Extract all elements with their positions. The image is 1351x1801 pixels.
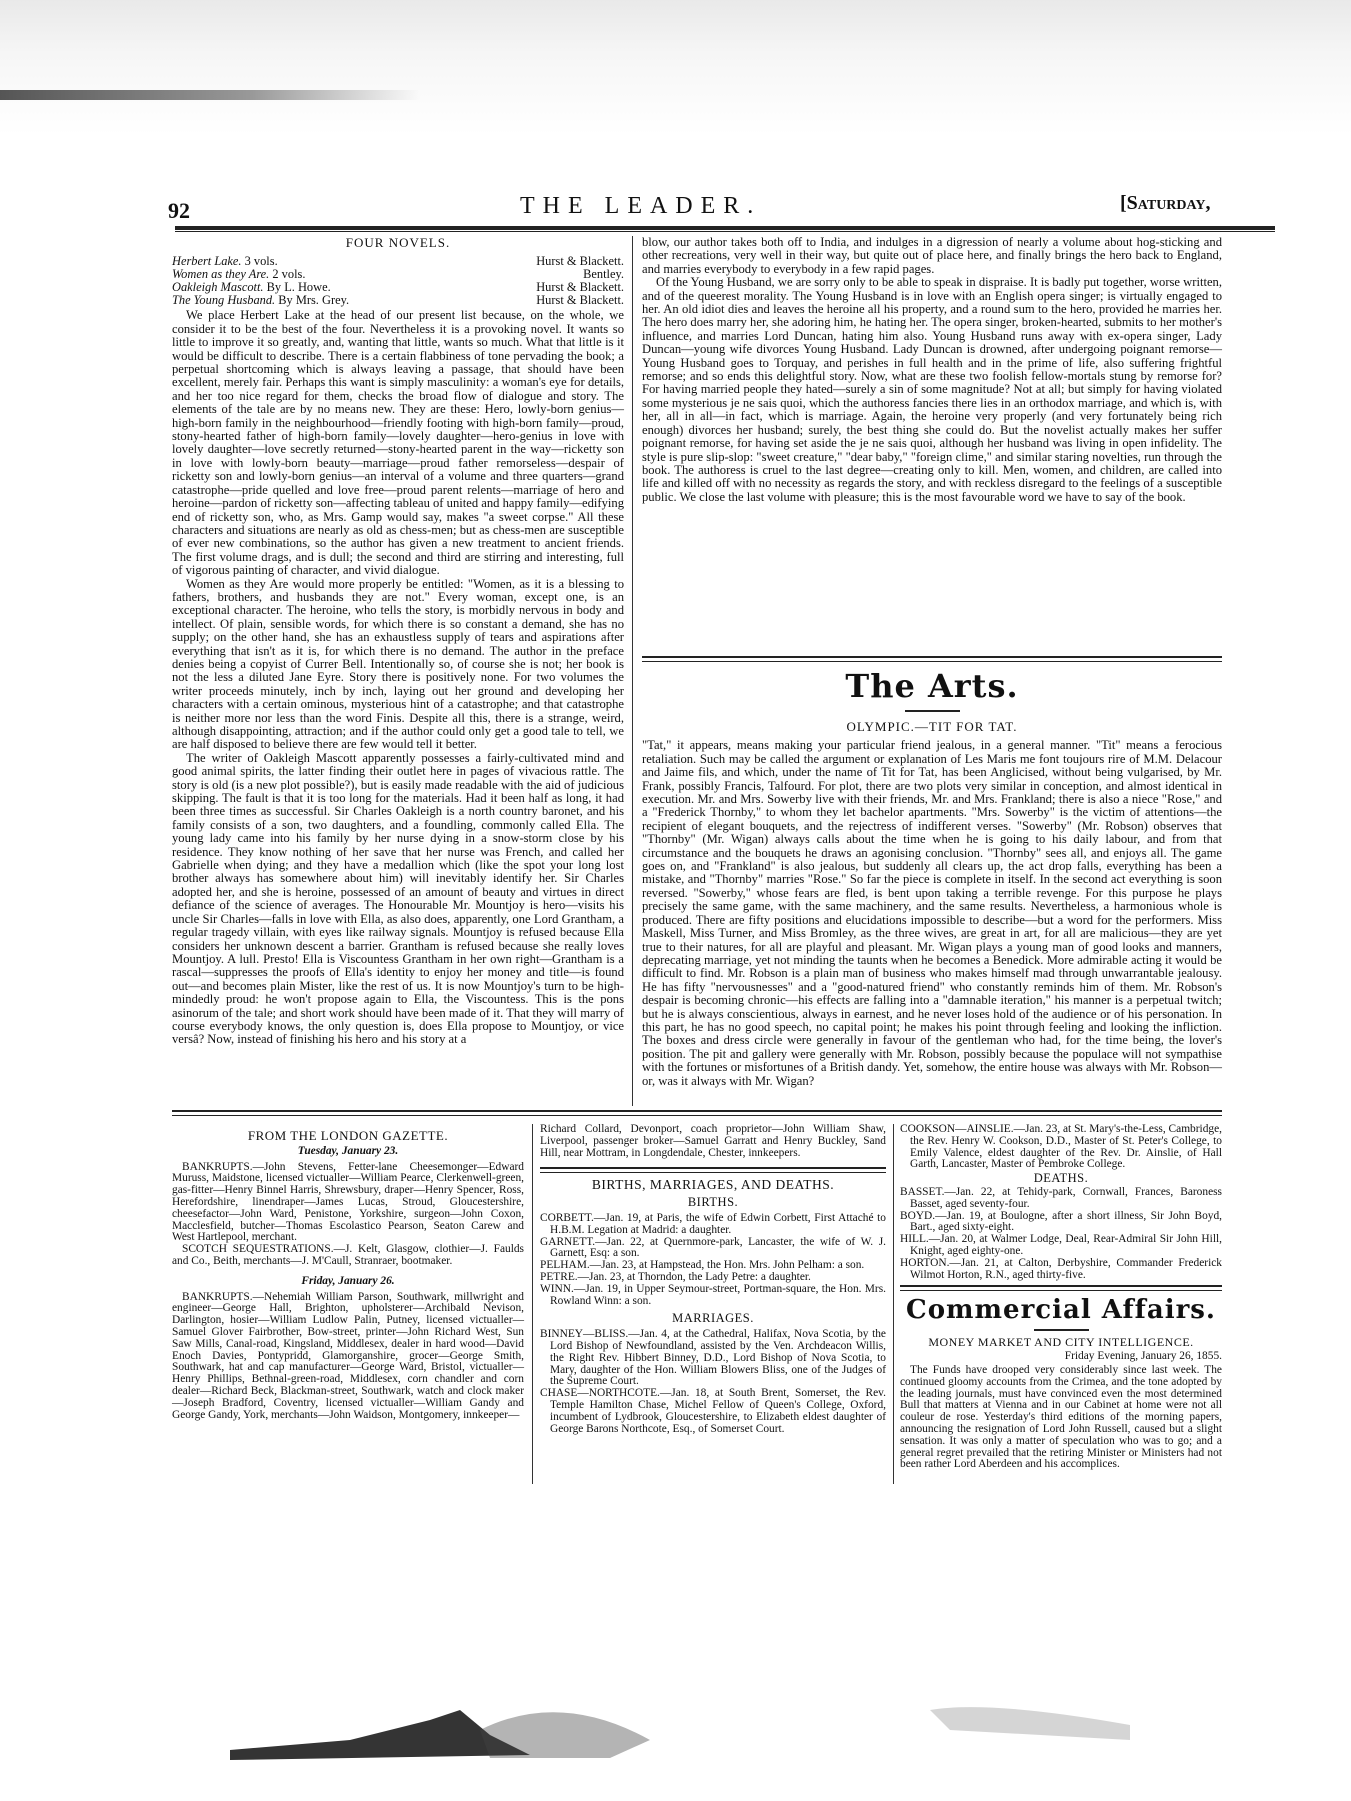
section-rule — [642, 656, 1222, 662]
paragraph: Of the Young Husband, we are sorry only … — [642, 276, 1222, 504]
column-divider — [893, 1124, 894, 1484]
notice-entry: WINN.—Jan. 19, in Upper Seymour-street, … — [540, 1284, 886, 1308]
scotch-sequestrations: SCOTCH SEQUESTRATIONS.—J. Kelt, Glasgow,… — [172, 1244, 524, 1268]
tuesday-bankrupts: BANKRUPTS.—John Stevens, Fetter-lane Che… — [172, 1162, 524, 1245]
book-list: Herbert Lake. 3 vols.Hurst & Blackett.Wo… — [172, 255, 624, 307]
deaths-commercial-section: COOKSON—AINSLIE.—Jan. 23, at St. Mary's-… — [900, 1124, 1222, 1524]
paragraph: "Tat," it appears, means making your par… — [642, 739, 1222, 1088]
book-detail: 2 vols. — [272, 267, 305, 281]
article-body: blow, our author takes both off to India… — [642, 236, 1222, 504]
book-detail: 3 vols. — [245, 254, 278, 268]
friday-date: Friday, January 26. — [172, 1276, 524, 1288]
article-body: "Tat," it appears, means making your par… — [642, 739, 1222, 1088]
deaths-title: DEATHS. — [900, 1173, 1222, 1185]
scan-edge — [0, 90, 420, 100]
notice-entry: HILL.—Jan. 20, at Walmer Lodge, Deal, Re… — [900, 1234, 1222, 1258]
notice-entry: GARNETT.—Jan. 22, at Quernmore-park, Lan… — [540, 1237, 886, 1261]
gazette-continued: Richard Collard, Devonport, coach propri… — [540, 1124, 886, 1159]
deaths-list: BASSET.—Jan. 22, at Tehidy-park, Cornwal… — [900, 1187, 1222, 1281]
book-detail: By L. Howe. — [267, 280, 331, 294]
paragraph: The writer of Oakleigh Mascott apparentl… — [172, 752, 624, 1047]
page-number: 92 — [168, 198, 190, 224]
section-rule — [540, 1167, 886, 1173]
tuesday-date: Tuesday, January 23. — [172, 1146, 524, 1158]
gazette-section: FROM THE LONDON GAZETTE. Tuesday, Januar… — [172, 1124, 524, 1484]
book-detail: By Mrs. Grey. — [278, 293, 349, 307]
marriages-continued: COOKSON—AINSLIE.—Jan. 23, at St. Mary's-… — [900, 1124, 1222, 1171]
header-rule-thin — [175, 231, 1275, 232]
notice-entry: CHASE—NORTHCOTE.—Jan. 18, at South Brent… — [540, 1388, 886, 1435]
births-title: BIRTHS. — [540, 1197, 886, 1209]
book-row: The Young Husband. By Mrs. Grey.Hurst & … — [172, 294, 624, 307]
arts-section-title: The Arts. — [642, 666, 1222, 706]
friday-bankrupts: BANKRUPTS.—Nehemiah William Parson, Sout… — [172, 1292, 524, 1422]
births-list: CORBETT.—Jan. 19, at Paris, the wife of … — [540, 1213, 886, 1307]
commercial-headline: MONEY MARKET AND CITY INTELLIGENCE. — [900, 1337, 1222, 1349]
book-title: The Young Husband. — [172, 293, 275, 307]
column-divider — [632, 236, 633, 1106]
commercial-section-title: Commercial Affairs. — [900, 1293, 1222, 1327]
commercial-dateline: Friday Evening, January 26, 1855. — [900, 1351, 1222, 1363]
book-publisher: Hurst & Blackett. — [474, 294, 624, 307]
notice-entry: BOYD.—Jan. 19, at Boulogne, after a shor… — [900, 1211, 1222, 1235]
notice-entry: COOKSON—AINSLIE.—Jan. 23, at St. Mary's-… — [900, 1124, 1222, 1171]
book-entry: The Young Husband. By Mrs. Grey. — [172, 294, 474, 307]
header-rule — [175, 226, 1275, 230]
bmd-title: BIRTHS, MARRIAGES, AND DEATHS. — [540, 1179, 886, 1191]
notice-entry: PETRE.—Jan. 23, at Thorndon, the Lady Pe… — [540, 1272, 886, 1284]
section-rule — [900, 1285, 1222, 1291]
paragraph: Women as they Are would more properly be… — [172, 578, 624, 752]
section-rule-bottom — [172, 1110, 1222, 1116]
paragraph: We place Herbert Lake at the head of our… — [172, 309, 624, 577]
arts-section: The Arts. OLYMPIC.—TIT FOR TAT. "Tat," i… — [642, 652, 1222, 1108]
commercial-body: The Funds have drooped very considerably… — [900, 1365, 1222, 1471]
gazette-title: FROM THE LONDON GAZETTE. — [172, 1130, 524, 1142]
short-rule — [905, 710, 960, 712]
marriages-title: MARRIAGES. — [540, 1313, 886, 1325]
section-title: FOUR NOVELS. — [172, 236, 624, 249]
scan-smudge — [230, 1680, 1130, 1760]
article-body: We place Herbert Lake at the head of our… — [172, 309, 624, 1046]
novels-continued: blow, our author takes both off to India… — [642, 236, 1222, 636]
masthead: THE LEADER. — [520, 193, 761, 220]
four-novels-article: FOUR NOVELS. Herbert Lake. 3 vols.Hurst … — [172, 236, 624, 1106]
notice-entry: BINNEY—BLISS.—Jan. 4, at the Cathedral, … — [540, 1329, 886, 1388]
marriages-list: BINNEY—BLISS.—Jan. 4, at the Cathedral, … — [540, 1329, 886, 1435]
issue-day: [Saturday, — [1120, 192, 1210, 215]
column-divider — [532, 1124, 533, 1484]
arts-headline: OLYMPIC.—TIT FOR TAT. — [642, 720, 1222, 733]
bmd-section: Richard Collard, Devonport, coach propri… — [540, 1124, 886, 1484]
notice-entry: CORBETT.—Jan. 19, at Paris, the wife of … — [540, 1213, 886, 1237]
book-title: Herbert Lake. — [172, 254, 242, 268]
short-rule — [1034, 1329, 1089, 1331]
notice-entry: BASSET.—Jan. 22, at Tehidy-park, Cornwal… — [900, 1187, 1222, 1211]
book-title: Oakleigh Mascott. — [172, 280, 264, 294]
scan-margin-top — [0, 0, 1351, 135]
paragraph: blow, our author takes both off to India… — [642, 236, 1222, 276]
notice-entry: HORTON.—Jan. 21, at Calton, Derbyshire, … — [900, 1258, 1222, 1282]
book-title: Women as they Are. — [172, 267, 269, 281]
